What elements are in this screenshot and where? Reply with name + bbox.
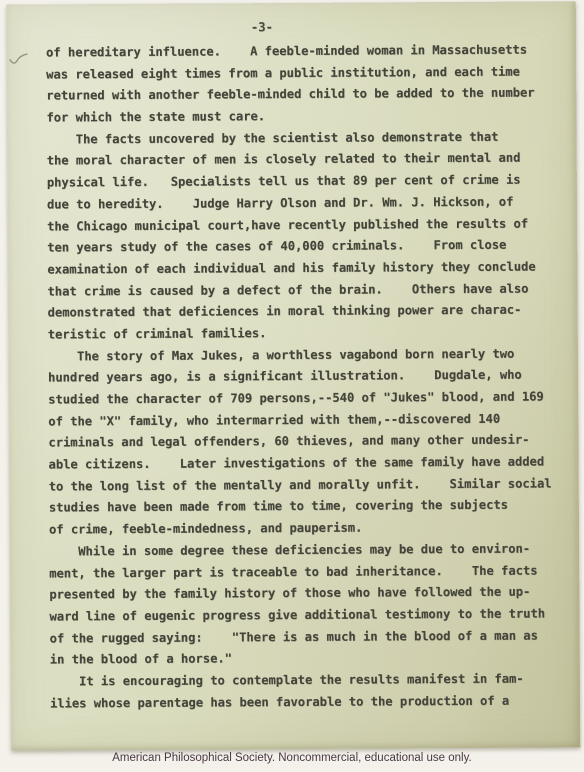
copyright-caption: American Philosophical Society. Noncomme… bbox=[0, 752, 584, 769]
typewritten-line: was released eight times from a public i… bbox=[46, 61, 562, 86]
typewritten-line: presented by the family history of those… bbox=[49, 582, 565, 607]
typewritten-line: ilies whose parentage has been favorable… bbox=[50, 690, 566, 715]
typewritten-line: ment, the larger part is traceable to ba… bbox=[49, 560, 565, 585]
typewritten-line: studied the character of 709 persons,--5… bbox=[48, 386, 564, 411]
typewritten-line: the moral character of men is closely re… bbox=[47, 148, 563, 173]
typewritten-line: due to heredity. Judge Harry Olson and D… bbox=[47, 191, 563, 216]
typewritten-line: able citizens. Later investigations of t… bbox=[48, 451, 564, 476]
typewritten-line: returned with another feeble-minded chil… bbox=[46, 83, 562, 108]
typewritten-line: examination of each individual and his f… bbox=[47, 256, 563, 281]
page-number: -3- bbox=[251, 20, 273, 34]
typewritten-line: demonstrated that deficiences in moral t… bbox=[48, 300, 564, 325]
typewritten-line: criminals and legal offenders, 60 thieve… bbox=[48, 430, 564, 455]
typewritten-line: for which the state must care. bbox=[46, 104, 562, 129]
typewritten-line: The story of Max Jukes, a worthless vaga… bbox=[48, 343, 564, 368]
typewritten-line: teristic of criminal families. bbox=[48, 321, 564, 346]
typewritten-line: studies have been made from time to time… bbox=[49, 495, 565, 520]
typewritten-line: The facts uncovered by the scientist als… bbox=[46, 126, 562, 151]
typewritten-line: hundred years ago, is a significant illu… bbox=[48, 365, 564, 390]
typewritten-text: of hereditary influence. A feeble-minded… bbox=[46, 39, 566, 714]
pencil-mark-icon bbox=[8, 51, 30, 71]
typewritten-line: in the blood of a horse." bbox=[50, 647, 566, 672]
typewritten-line: It is encouraging to contemplate the res… bbox=[50, 668, 566, 693]
typewritten-line: ward line of eugenic progress give addit… bbox=[49, 603, 565, 628]
typewritten-line: physical life. Specialists tell us that … bbox=[47, 169, 563, 194]
paper-sheet: -3- of hereditary influence. A feeble-mi… bbox=[7, 1, 581, 750]
typewritten-line: of the rugged saying: "There is as much … bbox=[50, 625, 566, 650]
typewritten-line: that crime is caused by a defect of the … bbox=[47, 278, 563, 303]
typewritten-line: the Chicago municipal court,have recentl… bbox=[47, 213, 563, 238]
typewritten-line: to the long list of the mentally and mor… bbox=[49, 473, 565, 498]
typewritten-line: While in some degree these deficiencies … bbox=[49, 538, 565, 563]
typewritten-line: of hereditary influence. A feeble-minded… bbox=[46, 39, 562, 64]
typewritten-line: of crime, feeble-mindedness, and pauperi… bbox=[49, 516, 565, 541]
typewritten-line: of the "X" family, who intermarried with… bbox=[48, 408, 564, 433]
typewritten-line: ten years study of the cases of 40,000 c… bbox=[47, 235, 563, 260]
